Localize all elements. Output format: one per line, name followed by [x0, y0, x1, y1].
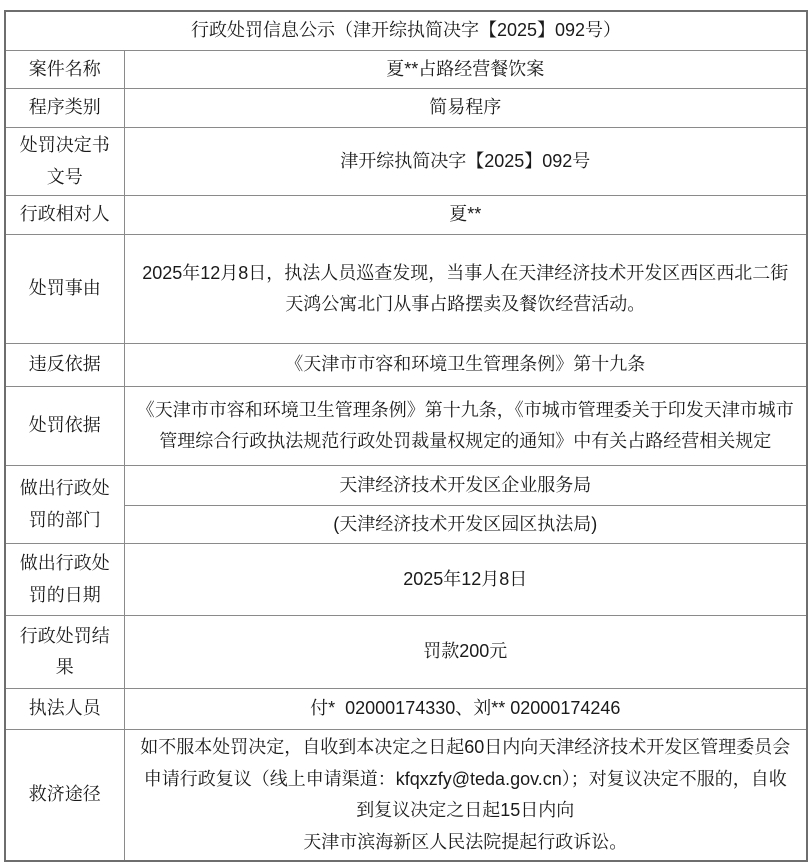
row-procedure-type: 程序类别 简易程序: [5, 89, 807, 128]
row-remedy-channels: 救济途径 如不服本处罚决定，自收到本决定之日起60日内向天津经济技术开发区管理委…: [5, 730, 807, 862]
row-administrative-party: 行政相对人 夏**: [5, 196, 807, 235]
penalty-reason-label: 处罚事由: [5, 235, 124, 344]
row-penalty-date: 做出行政处罚的日期 2025年12月8日: [5, 544, 807, 616]
row-penalty-result: 行政处罚结果 罚款200元: [5, 616, 807, 689]
penalty-department-label: 做出行政处罚的部门: [5, 466, 124, 544]
row-decision-doc-no: 处罚决定书文号 津开综执简决字【2025】092号: [5, 128, 807, 196]
penalty-department-value-secondary: (天津经济技术开发区园区执法局): [124, 506, 807, 544]
violation-basis-label: 违反依据: [5, 344, 124, 387]
penalty-basis-label: 处罚依据: [5, 387, 124, 466]
administrative-party-label: 行政相对人: [5, 196, 124, 235]
row-violation-basis: 违反依据 《天津市市容和环境卫生管理条例》第十九条: [5, 344, 807, 387]
decision-doc-no-label: 处罚决定书文号: [5, 128, 124, 196]
procedure-type-label: 程序类别: [5, 89, 124, 128]
row-penalty-department: 做出行政处罚的部门 天津经济技术开发区企业服务局: [5, 466, 807, 506]
row-penalty-reason: 处罚事由 2025年12月8日，执法人员巡查发现，当事人在天津经济技术开发区西区…: [5, 235, 807, 344]
enforcement-officers-value: 付* 02000174330、刘** 02000174246: [124, 689, 807, 730]
penalty-date-value: 2025年12月8日: [124, 544, 807, 616]
administrative-party-value: 夏**: [124, 196, 807, 235]
title-row: 行政处罚信息公示（津开综执简决字【2025】092号）: [5, 11, 807, 51]
penalty-info-table: 行政处罚信息公示（津开综执简决字【2025】092号） 案件名称 夏**占路经营…: [4, 10, 808, 862]
page-title: 行政处罚信息公示（津开综执简决字【2025】092号）: [5, 11, 807, 51]
penalty-result-label: 行政处罚结果: [5, 616, 124, 689]
row-case-name: 案件名称 夏**占路经营餐饮案: [5, 51, 807, 89]
remedy-channels-line2: 天津市滨海新区人民法院提起行政诉讼。: [137, 827, 795, 859]
remedy-channels-label: 救济途径: [5, 730, 124, 862]
remedy-channels-line1: 如不服本处罚决定，自收到本决定之日起60日内向天津经济技术开发区管理委员会申请行…: [137, 732, 795, 827]
penalty-reason-value: 2025年12月8日，执法人员巡查发现，当事人在天津经济技术开发区西区西北二街天…: [124, 235, 807, 344]
penalty-date-label: 做出行政处罚的日期: [5, 544, 124, 616]
penalty-result-value: 罚款200元: [124, 616, 807, 689]
penalty-department-value-primary: 天津经济技术开发区企业服务局: [124, 466, 807, 506]
procedure-type-value: 简易程序: [124, 89, 807, 128]
row-penalty-basis: 处罚依据 《天津市市容和环境卫生管理条例》第十九条，《市城市管理委关于印发天津市…: [5, 387, 807, 466]
decision-doc-no-value: 津开综执简决字【2025】092号: [124, 128, 807, 196]
row-enforcement-officers: 执法人员 付* 02000174330、刘** 02000174246: [5, 689, 807, 730]
enforcement-officers-label: 执法人员: [5, 689, 124, 730]
case-name-value: 夏**占路经营餐饮案: [124, 51, 807, 89]
row-penalty-department-secondary: (天津经济技术开发区园区执法局): [5, 506, 807, 544]
case-name-label: 案件名称: [5, 51, 124, 89]
violation-basis-value: 《天津市市容和环境卫生管理条例》第十九条: [124, 344, 807, 387]
remedy-channels-value: 如不服本处罚决定，自收到本决定之日起60日内向天津经济技术开发区管理委员会申请行…: [124, 730, 807, 862]
penalty-basis-value: 《天津市市容和环境卫生管理条例》第十九条，《市城市管理委关于印发天津市城市管理综…: [124, 387, 807, 466]
